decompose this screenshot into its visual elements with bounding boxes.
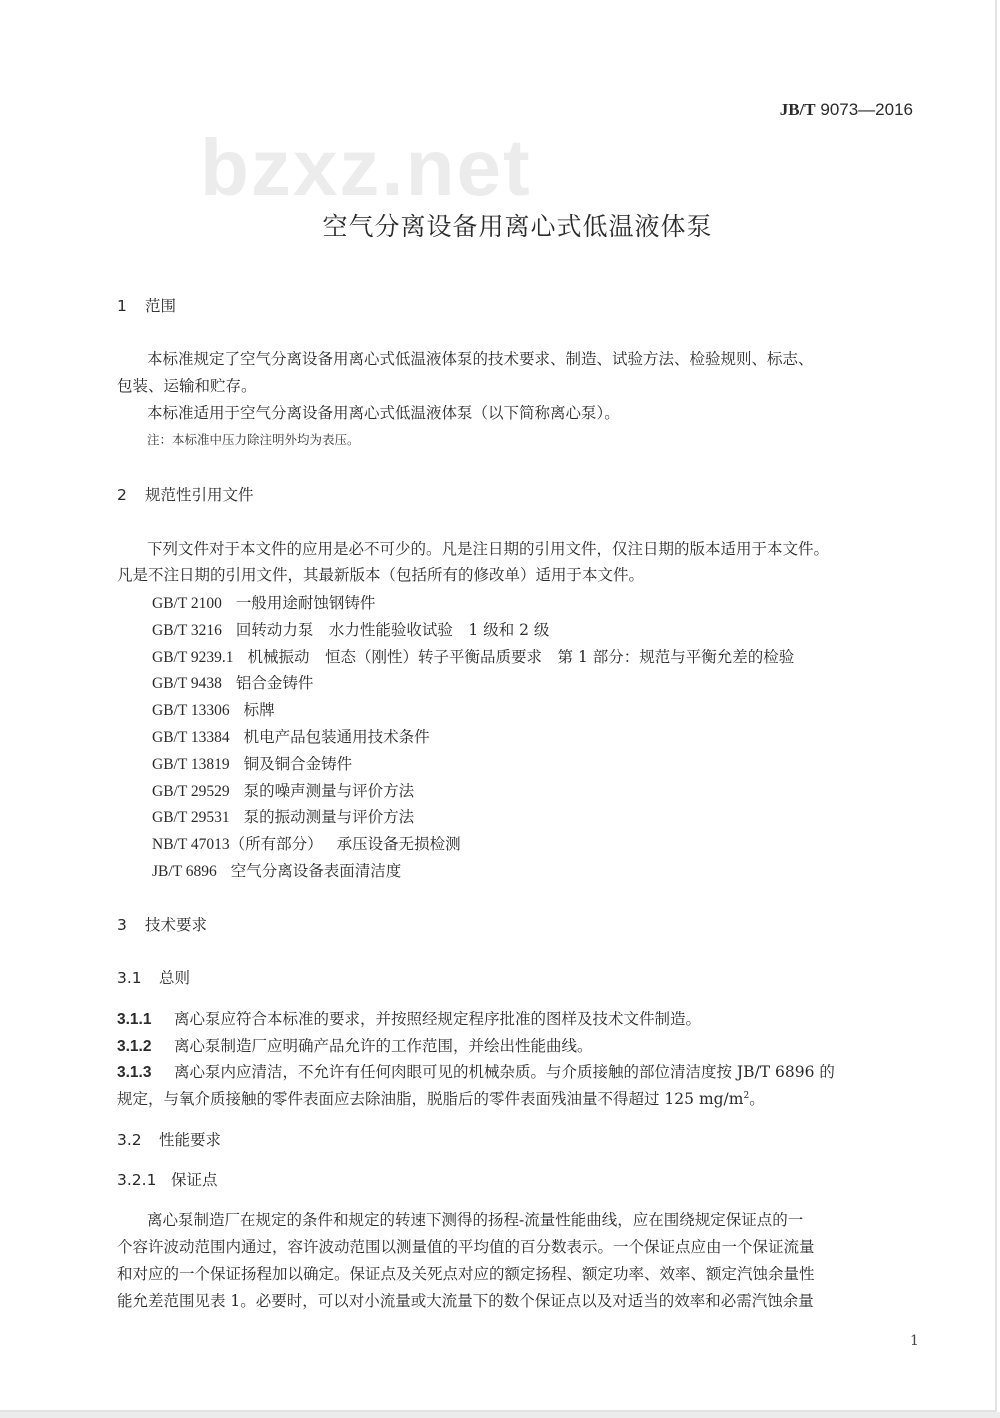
reference-code: GB/T 13306	[152, 698, 230, 725]
reference-title: 一般用途耐蚀钢铸件	[236, 594, 376, 612]
section-3-2-heading: 3.2性能要求	[117, 1128, 221, 1150]
page-number: 1	[910, 1333, 919, 1349]
section-1-heading: 1范围	[117, 294, 176, 316]
guarantee-point-line-4: 能允差范围见表 1。必要时，可以对小流量或大流量下的数个保证点以及对适当的效率和…	[117, 1289, 814, 1311]
scope-note: 注：本标准中压力除注明外均为表压。	[147, 430, 360, 448]
standard-code-prefix: JB/T	[780, 100, 816, 119]
watermark: bzxz.net	[200, 128, 532, 208]
reference-code: GB/T 13384	[152, 725, 230, 752]
reference-code: GB/T 13819	[152, 752, 230, 779]
section-number: 3.2	[117, 1131, 159, 1149]
section-title: 总则	[159, 969, 190, 987]
guarantee-point-line-1: 离心泵制造厂在规定的条件和规定的转速下测得的扬程-流量性能曲线，应在围绕规定保证…	[147, 1208, 803, 1230]
reference-item: GB/T 3216回转动力泵 水力性能验收试验 1 级和 2 级	[152, 617, 794, 644]
section-title: 范围	[145, 297, 176, 315]
reference-item: GB/T 29529泵的噪声测量与评价方法	[152, 778, 794, 805]
section-number: 2	[117, 486, 145, 504]
reference-code: GB/T 3216	[152, 618, 222, 645]
reference-title: 泵的振动测量与评价方法	[244, 808, 415, 826]
scope-paragraph-1-line-1: 本标准规定了空气分离设备用离心式低温液体泵的技术要求、制造、试验方法、检验规则、…	[147, 347, 814, 369]
clause-text: 离心泵应符合本标准的要求，并按照经规定程序批准的图样及技术文件制造。	[174, 1010, 701, 1028]
reference-title: 铝合金铸件	[236, 674, 314, 692]
reference-code: GB/T 29529	[152, 779, 230, 806]
clause-text-line-2: 规定，与氧介质接触的零件表面应去除油脂，脱脂后的零件表面残油量不得超过 125 …	[117, 1090, 743, 1108]
reference-title: 泵的噪声测量与评价方法	[244, 782, 415, 800]
normative-references-list: GB/T 2100一般用途耐蚀钢铸件 GB/T 3216回转动力泵 水力性能验收…	[152, 590, 794, 885]
clause-end-punct: 。	[749, 1090, 765, 1108]
scope-paragraph-1-line-2: 包装、运输和贮存。	[117, 374, 257, 396]
clause-number: 3.1.3	[117, 1064, 174, 1082]
reference-item: GB/T 13819铜及铜合金铸件	[152, 751, 794, 778]
reference-code: GB/T 9438	[152, 671, 222, 698]
section-number: 1	[117, 297, 145, 315]
section-number: 3.1	[117, 969, 159, 987]
clause-3-1-3: 3.1.3离心泵内应清洁，不允许有任何肉眼可见的机械杂质。与介质接触的部位清洁度…	[117, 1060, 835, 1082]
section-3-heading: 3技术要求	[117, 913, 207, 935]
document-page: JB/T 9073—2016 bzxz.net 空气分离设备用离心式低温液体泵 …	[0, 0, 997, 1412]
section-title: 性能要求	[159, 1131, 221, 1149]
standard-code-number: 9073—2016	[820, 100, 913, 119]
reference-item: NB/T 47013（所有部分）承压设备无损检测	[152, 831, 794, 858]
reference-item: GB/T 13384机电产品包装通用技术条件	[152, 724, 794, 751]
clause-3-1-3-line-2: 规定，与氧介质接触的零件表面应去除油脂，脱脂后的零件表面残油量不得超过 125 …	[117, 1087, 765, 1109]
reference-title: 承压设备无损检测	[337, 835, 461, 853]
section-number: 3	[117, 916, 145, 934]
reference-code: GB/T 2100	[152, 591, 222, 618]
reference-item: JB/T 6896空气分离设备表面清洁度	[152, 858, 794, 885]
reference-title: 空气分离设备表面清洁度	[231, 862, 402, 880]
guarantee-point-line-3: 和对应的一个保证扬程加以确定。保证点及关死点对应的额定扬程、额定功率、效率、额定…	[117, 1262, 815, 1284]
clause-number: 3.1.1	[117, 1011, 174, 1029]
reference-code: GB/T 9239.1	[152, 645, 234, 672]
reference-item: GB/T 9239.1机械振动 恒态（刚性）转子平衡品质要求 第 1 部分：规范…	[152, 644, 794, 671]
clause-number: 3.1.2	[117, 1038, 174, 1056]
reference-title: 机械振动 恒态（刚性）转子平衡品质要求 第 1 部分：规范与平衡允差的检验	[248, 648, 795, 666]
clause-text-line-1: 离心泵内应清洁，不允许有任何肉眼可见的机械杂质。与介质接触的部位清洁度按 JB/…	[174, 1063, 835, 1081]
section-3-1-heading: 3.1总则	[117, 966, 190, 988]
standard-code: JB/T 9073—2016	[780, 100, 913, 120]
clause-text: 离心泵制造厂应明确产品允许的工作范围，并绘出性能曲线。	[174, 1037, 593, 1055]
reference-item: GB/T 9438铝合金铸件	[152, 670, 794, 697]
reference-title: 铜及铜合金铸件	[244, 755, 353, 773]
section-number: 3.2.1	[117, 1171, 171, 1189]
reference-item: GB/T 2100一般用途耐蚀钢铸件	[152, 590, 794, 617]
section-title: 规范性引用文件	[145, 486, 254, 504]
page-bottom-edge	[0, 1412, 1000, 1418]
section-2-heading: 2规范性引用文件	[117, 483, 254, 505]
section-title: 保证点	[171, 1171, 218, 1189]
clause-3-1-2: 3.1.2离心泵制造厂应明确产品允许的工作范围，并绘出性能曲线。	[117, 1034, 593, 1056]
section-title: 技术要求	[145, 916, 207, 934]
guarantee-point-line-2: 个容许波动范围内通过，容许波动范围以测量值的平均值的百分数表示。一个保证点应由一…	[117, 1235, 815, 1257]
references-intro-line-1: 下列文件对于本文件的应用是必不可少的。凡是注日期的引用文件，仅注日期的版本适用于…	[147, 537, 829, 559]
reference-code: GB/T 29531	[152, 805, 230, 832]
clause-3-1-1: 3.1.1离心泵应符合本标准的要求，并按照经规定程序批准的图样及技术文件制造。	[117, 1007, 701, 1029]
reference-item: GB/T 29531泵的振动测量与评价方法	[152, 804, 794, 831]
reference-code: NB/T 47013（所有部分）	[152, 832, 323, 859]
scope-paragraph-2: 本标准适用于空气分离设备用离心式低温液体泵（以下简称离心泵）。	[147, 401, 620, 423]
references-intro-line-2: 凡是不注日期的引用文件，其最新版本（包括所有的修改单）适用于本文件。	[117, 563, 644, 585]
reference-item: GB/T 13306标牌	[152, 697, 794, 724]
document-title: 空气分离设备用离心式低温液体泵	[0, 207, 995, 243]
reference-code: JB/T 6896	[152, 859, 217, 886]
reference-title: 标牌	[244, 701, 275, 719]
reference-title: 机电产品包装通用技术条件	[244, 728, 430, 746]
section-3-2-1-heading: 3.2.1保证点	[117, 1168, 218, 1190]
reference-title: 回转动力泵 水力性能验收试验 1 级和 2 级	[236, 621, 550, 639]
